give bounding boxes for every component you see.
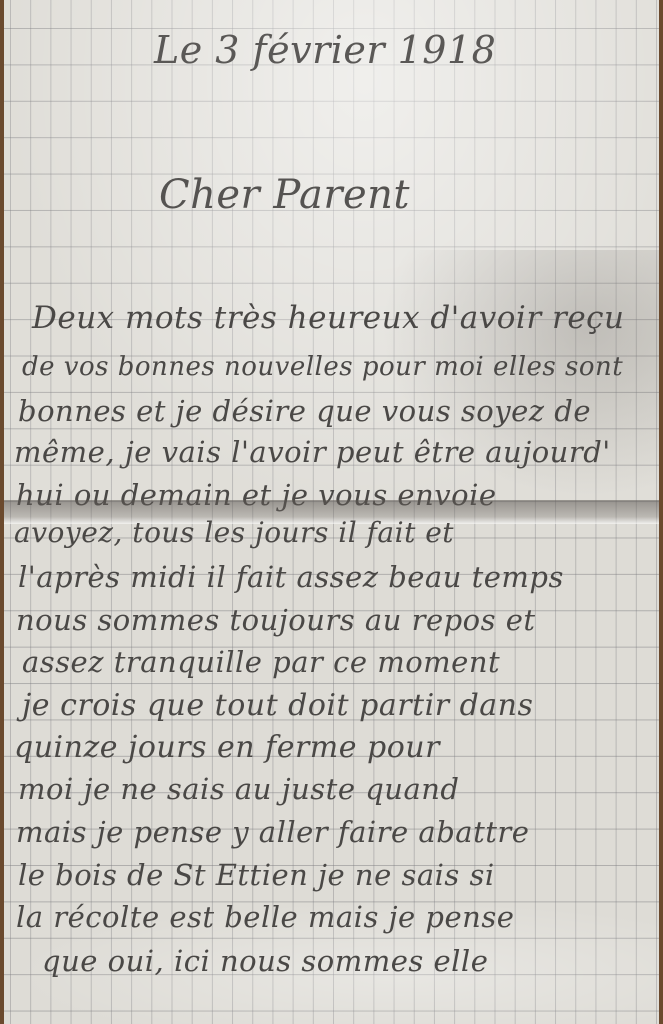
body-line-11: quinze jours en ferme pour <box>14 730 440 765</box>
body-line-13: mais je pense y aller faire abattre <box>16 815 529 849</box>
body-line-9: assez tranquille par ce moment <box>22 645 500 679</box>
body-line-10: je crois que tout doit partir dans <box>22 688 533 723</box>
body-line-3: bonnes et je désire que vous soyez de <box>18 394 591 428</box>
body-line-7: l'après midi il fait assez beau temps <box>18 560 564 594</box>
body-line-15: la récolte est belle mais je pense <box>16 900 514 934</box>
body-line-2: de vos bonnes nouvelles pour moi elles s… <box>22 352 623 382</box>
body-line-5: hui ou demain et je vous envoie <box>16 478 497 512</box>
body-line-12: moi je ne sais au juste quand <box>18 772 459 806</box>
letter-date: Le 3 février 1918 <box>154 28 496 72</box>
body-line-6: avoyez, tous les jours il fait et <box>14 516 454 549</box>
body-line-8: nous sommes toujours au repos et <box>16 603 536 637</box>
letter-page: Le 3 février 1918 Cher Parent Deux mots … <box>4 0 659 1024</box>
body-line-16: que oui, ici nous sommes elle <box>42 944 488 978</box>
body-line-4: même, je vais l'avoir peut être aujourd' <box>14 435 611 469</box>
body-line-14: le bois de St Ettien je ne sais si <box>18 858 495 892</box>
body-line-1: Deux mots très heureux d'avoir reçu <box>32 300 625 336</box>
letter-salutation: Cher Parent <box>159 172 410 218</box>
